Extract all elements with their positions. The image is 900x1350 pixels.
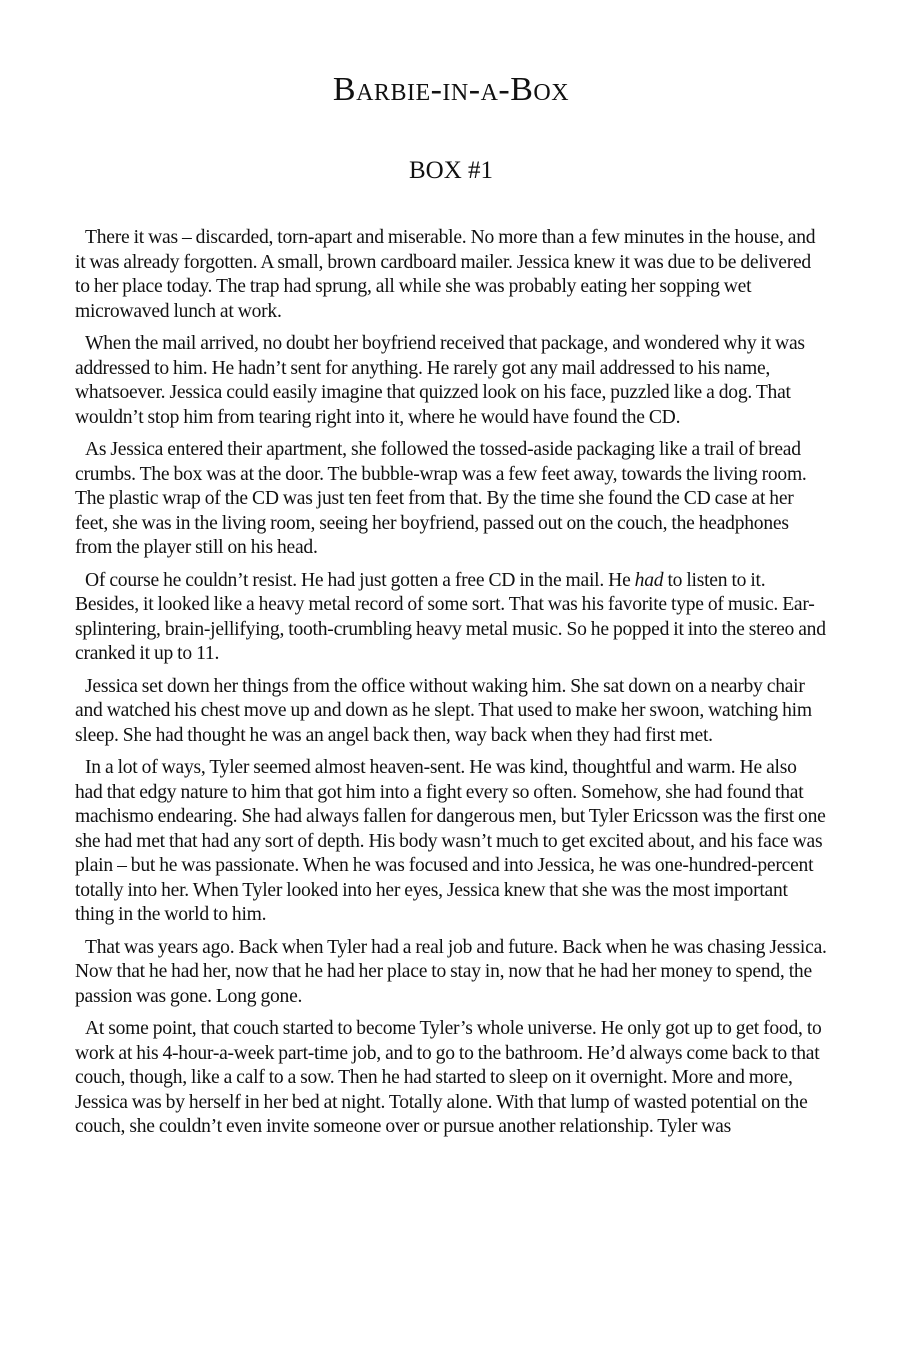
paragraph-4: Of course he couldn’t resist. He had jus… bbox=[75, 569, 827, 667]
paragraph-4-before: Of course he couldn’t resist. He had jus… bbox=[85, 570, 635, 591]
paragraph-8: At some point, that couch started to bec… bbox=[75, 1017, 827, 1140]
chapter-body: There it was – discarded, torn-apart and… bbox=[75, 226, 827, 1148]
chapter-title: BOX #1 bbox=[75, 155, 827, 187]
paragraph-2: When the mail arrived, no doubt her boyf… bbox=[75, 332, 827, 430]
paragraph-7: That was years ago. Back when Tyler had … bbox=[75, 936, 827, 1010]
paragraph-3: As Jessica entered their apartment, she … bbox=[75, 438, 827, 561]
emphasized-word: had bbox=[635, 570, 664, 591]
paragraph-1: There it was – discarded, torn-apart and… bbox=[75, 226, 827, 324]
paragraph-6: In a lot of ways, Tyler seemed almost he… bbox=[75, 756, 827, 928]
paragraph-5: Jessica set down her things from the off… bbox=[75, 675, 827, 749]
book-title: Barbie-in-a-Box bbox=[75, 70, 827, 110]
